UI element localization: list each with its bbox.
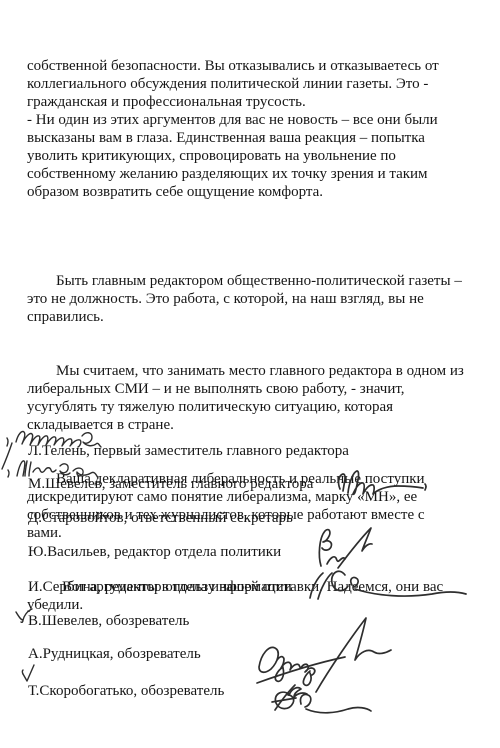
- signatory-starovoytov: Д.Старовойтов, ответственный секретарь: [28, 509, 293, 527]
- signatory-skorobogatko: Т.Скоробогатько, обозреватель: [28, 682, 224, 700]
- skorobogatko-signature: [268, 683, 374, 719]
- shevelev-m-scribble-signature: [6, 455, 100, 481]
- serbina-signature: [304, 562, 470, 604]
- skorobogatko-checkmark: [20, 663, 36, 683]
- shevelev-m-signature: [333, 466, 429, 498]
- signatory-vasiliev: Ю.Васильев, редактор отдела политики: [28, 543, 281, 561]
- paragraph-1: собственной безопасности. Вы отказывалис…: [27, 57, 500, 201]
- signatory-serbina: И.Сербина, редактор отдела информации: [28, 578, 292, 596]
- shevelev-v-checkmark: [14, 607, 34, 623]
- signatory-rudnitskaya: А.Рудницкая, обозреватель: [28, 645, 201, 663]
- telen-scribble-signature: [4, 420, 106, 450]
- scanned-letter-page: собственной безопасности. Вы отказывалис…: [0, 0, 500, 748]
- paragraph-2: Быть главным редактором общественно-поли…: [27, 272, 500, 326]
- signatory-shevelev-v: В.Шевелев, обозреватель: [28, 612, 189, 630]
